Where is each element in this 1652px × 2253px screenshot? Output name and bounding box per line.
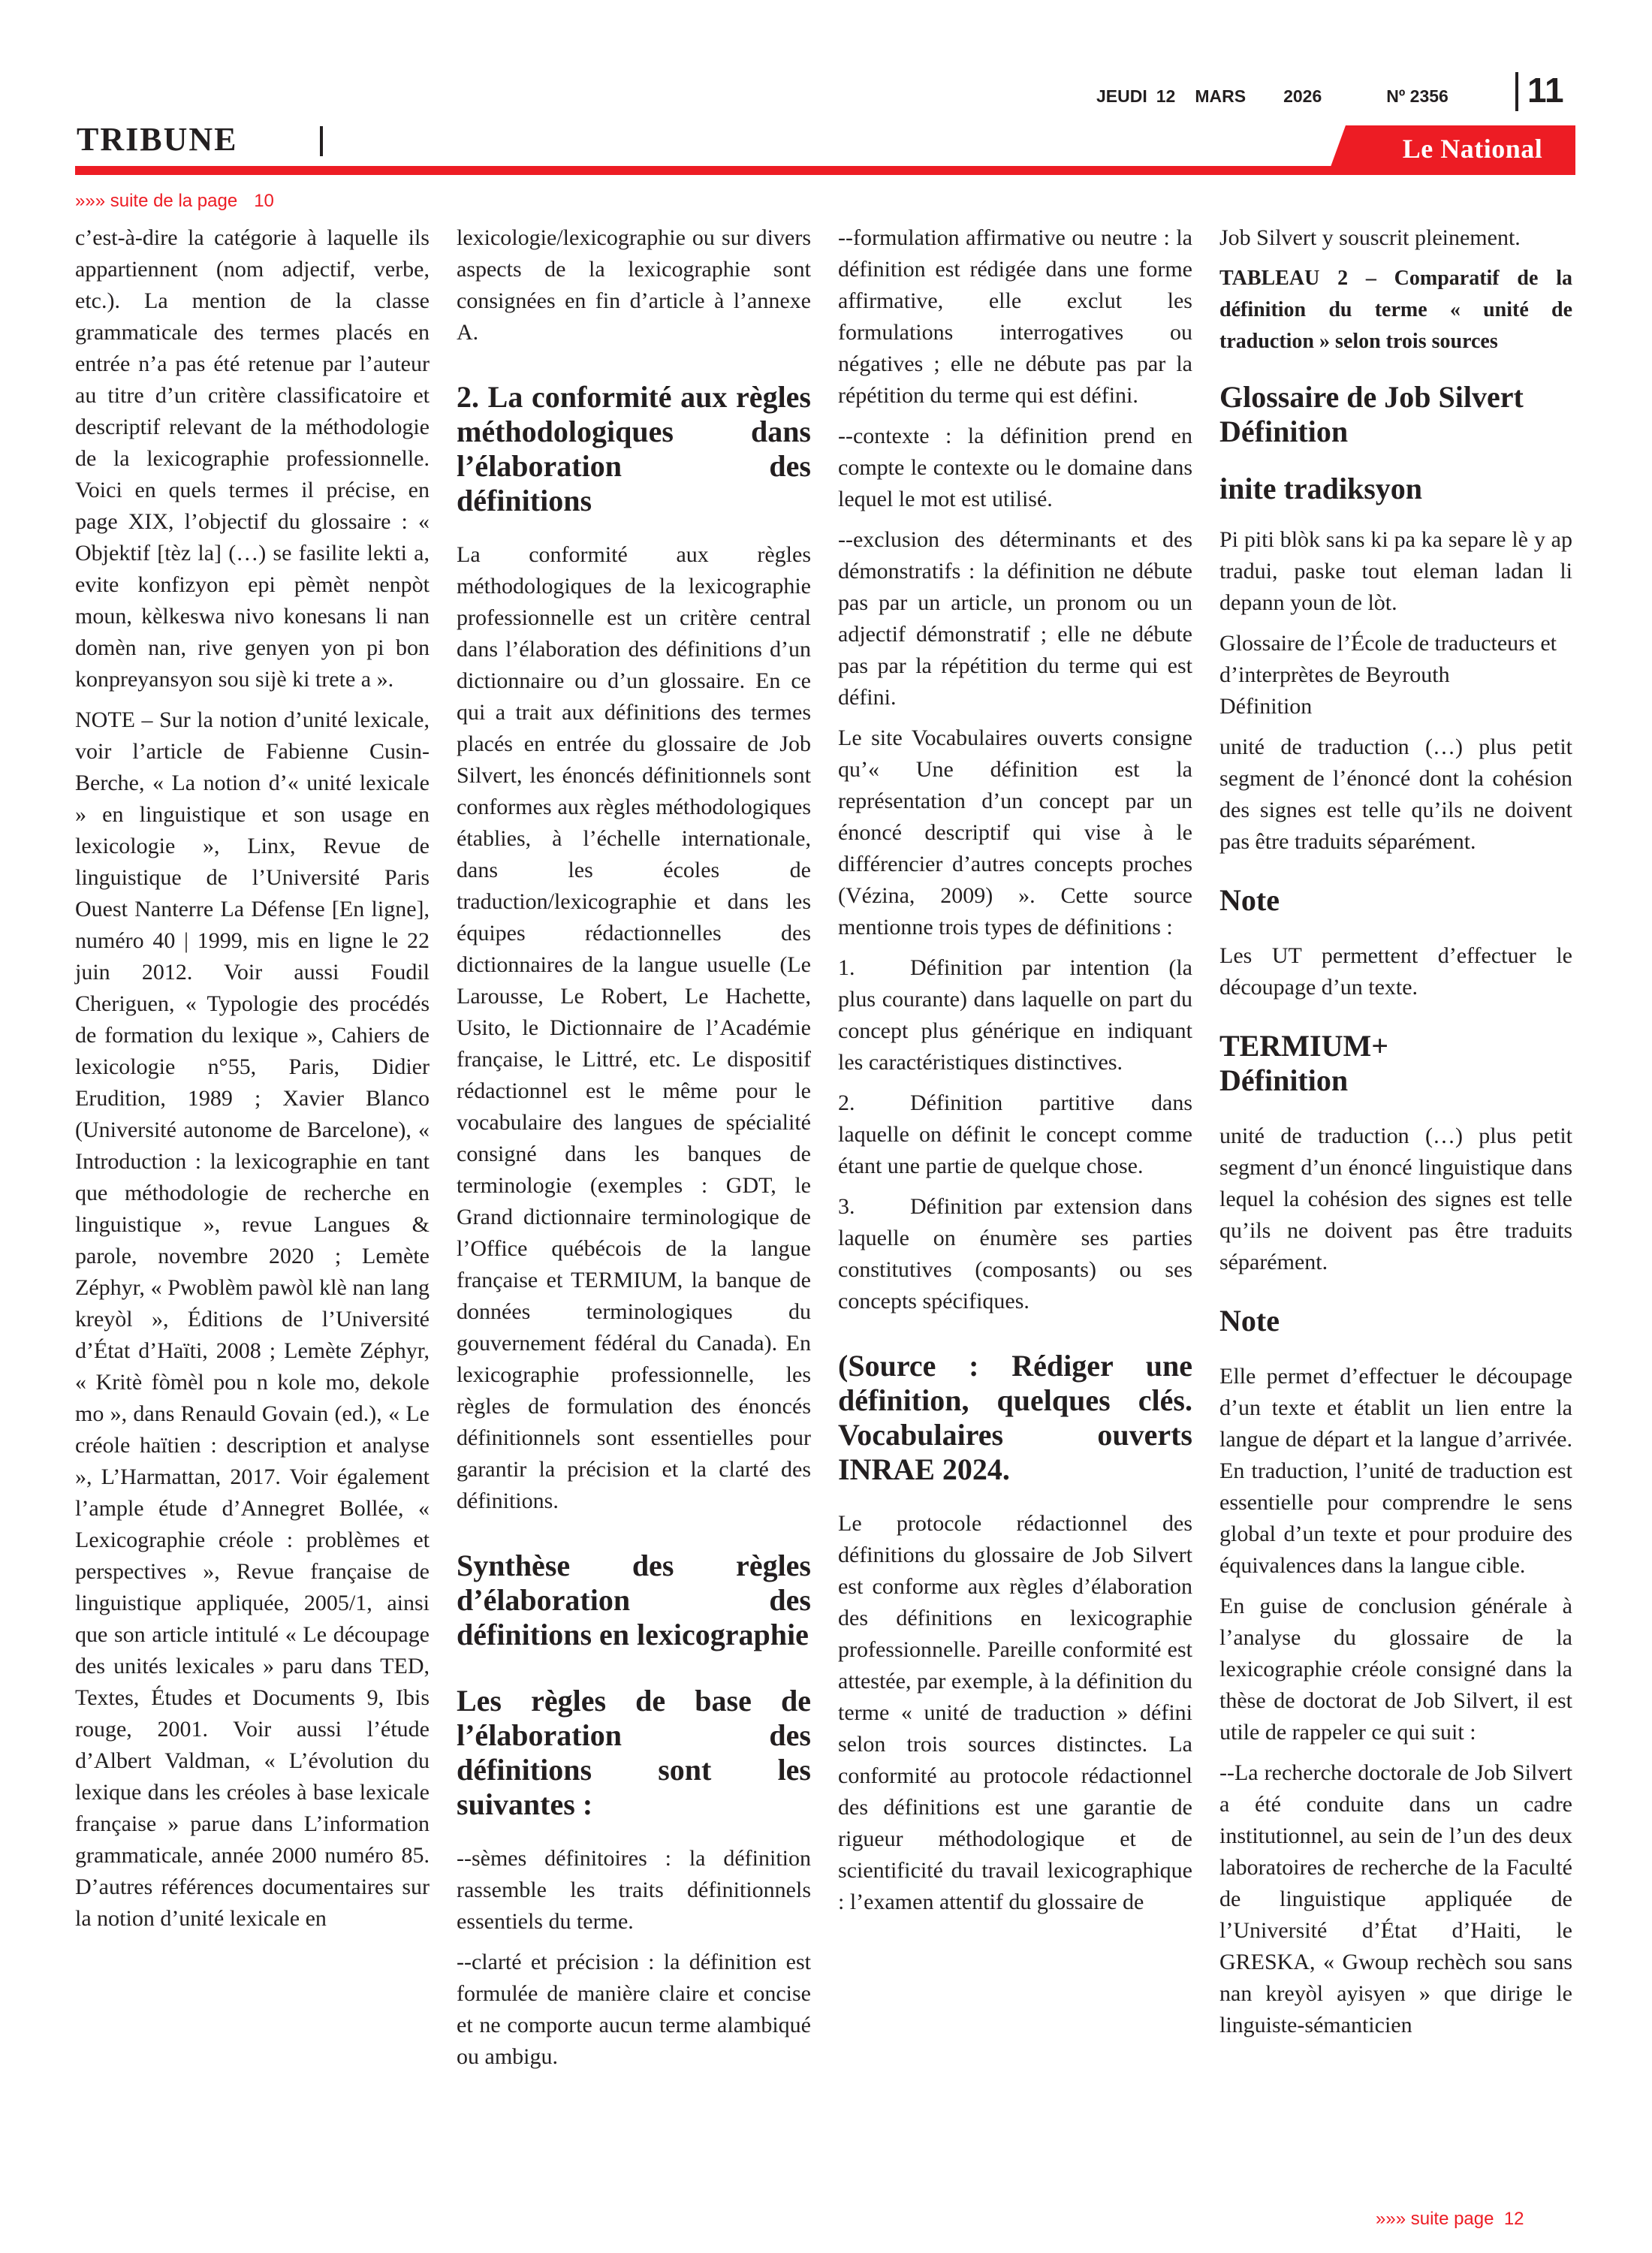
term-inite-tradiksyon: inite tradiksyon bbox=[1219, 472, 1572, 506]
definition-creole: Pi piti blòk sans ki pa ka separe lè y a… bbox=[1219, 524, 1572, 619]
note-1-text: Les UT permettent d’effectuer le découpa… bbox=[1219, 940, 1572, 1003]
heading-section-2: 2. La conformité aux règles méthodologiq… bbox=[457, 380, 811, 518]
table-caption: TABLEAU 2 – Comparatif de la définition … bbox=[1219, 263, 1572, 357]
paragraph-continued: Job Silvert y souscrit pleinement. bbox=[1219, 222, 1572, 254]
heading-glossaire-job-silvert: Glossaire de Job Silvert Définition bbox=[1219, 380, 1572, 449]
section-title: TRIBUNE bbox=[77, 120, 238, 159]
paragraph-conformity: La conformité aux règles méthodologiques… bbox=[457, 539, 811, 1517]
rule-affirmative: --formulation affirmative ou neutre : la… bbox=[838, 222, 1192, 412]
issue-number: Nº 2356 bbox=[1386, 86, 1449, 107]
paragraph-doctoral-research: --La recherche doctorale de Job Silvert … bbox=[1219, 1757, 1572, 2041]
article-column-4: Job Silvert y souscrit pleinement. TABLE… bbox=[1219, 222, 1572, 2050]
continued-on-link[interactable]: »»» suite page 12 bbox=[1376, 2208, 1524, 2230]
date-day-name: JEUDI bbox=[1096, 86, 1147, 107]
article-column-2: lexicologie/lexicographie ou sur divers … bbox=[457, 222, 811, 2082]
section-title-divider bbox=[320, 126, 323, 156]
paragraph-conclusion: En guise de conclusion générale à l’anal… bbox=[1219, 1591, 1572, 1748]
rule-context: --contexte : la définition prend en comp… bbox=[838, 421, 1192, 515]
page-number: 11 bbox=[1527, 69, 1564, 111]
paragraph-note-lexical-unit: NOTE – Sur la notion d’unité lexicale, v… bbox=[75, 704, 430, 1935]
item-number: 1. bbox=[838, 952, 910, 984]
continued-on-label: suite page bbox=[1411, 2209, 1494, 2229]
rule-exclusion: --exclusion des déterminants et des démo… bbox=[838, 524, 1192, 713]
date-month: MARS bbox=[1195, 86, 1246, 107]
heading-source: (Source : Rédiger une définition, quelqu… bbox=[838, 1349, 1192, 1487]
paragraph-protocol: Le protocole rédactionnel des définition… bbox=[838, 1508, 1192, 1918]
date-year: 2026 bbox=[1283, 86, 1322, 107]
continuation-arrows-icon: »»» bbox=[1376, 2209, 1406, 2229]
heading-base-rules: Les règles de base de l’élaboration des … bbox=[457, 1684, 811, 1822]
item-number: 2. bbox=[838, 1087, 910, 1119]
definition-termium: unité de traduction (…) plus petit segme… bbox=[1219, 1120, 1572, 1278]
rule-semes: --sèmes définitoires : la définition ras… bbox=[457, 1843, 811, 1938]
paragraph-vocabulaires-ouverts: Le site Vocabulaires ouverts consigne qu… bbox=[838, 722, 1192, 943]
heading-note-2: Note bbox=[1219, 1304, 1572, 1338]
heading-termium-definition: Définition bbox=[1219, 1063, 1572, 1098]
definition-type-item: 3.Définition par extension dans laquelle… bbox=[838, 1191, 1192, 1317]
continued-on-page: 12 bbox=[1504, 2209, 1524, 2229]
note-2-text: Elle permet d’effectuer le découpage d’u… bbox=[1219, 1361, 1572, 1582]
paragraph-glossary-objective: c’est-à-dire la catégorie à laquelle ils… bbox=[75, 222, 430, 695]
definition-type-item: 2.Définition partitive dans laquelle on … bbox=[838, 1087, 1192, 1182]
page-number-divider bbox=[1515, 72, 1518, 111]
heading-termium: TERMIUM+ bbox=[1219, 1029, 1572, 1063]
source-beyrouth: Glossaire de l’École de traducteurs et d… bbox=[1219, 628, 1572, 691]
article-column-3: --formulation affirmative ou neutre : la… bbox=[838, 222, 1192, 1927]
definition-type-item: 1.Définition par intention (la plus cour… bbox=[838, 952, 1192, 1078]
item-number: 3. bbox=[838, 1191, 910, 1223]
continued-from-page: 10 bbox=[254, 191, 274, 211]
article-column-1: c’est-à-dire la catégorie à laquelle ils… bbox=[75, 222, 430, 1944]
continuation-arrows-icon: »»» bbox=[75, 191, 105, 211]
continued-from-link[interactable]: »»» suite de la page10 bbox=[75, 190, 274, 213]
continued-from-label: suite de la page bbox=[110, 191, 237, 211]
heading-note-1: Note bbox=[1219, 883, 1572, 918]
newspaper-logo: Le National bbox=[1374, 131, 1571, 167]
paragraph-annex-reference: lexicologie/lexicographie ou sur divers … bbox=[457, 222, 811, 348]
rule-clarity: --clarté et précision : la définition es… bbox=[457, 1947, 811, 2073]
definition-beyrouth: unité de traduction (…) plus petit segme… bbox=[1219, 731, 1572, 858]
issue-dateline: JEUDI 12 MARS 2026 Nº 2356 bbox=[1096, 81, 1487, 111]
source-beyrouth-definition-label: Définition bbox=[1219, 691, 1572, 722]
heading-synthese: Synthèse des règles d’élaboration des dé… bbox=[457, 1549, 811, 1652]
date-day: 12 bbox=[1156, 86, 1176, 107]
